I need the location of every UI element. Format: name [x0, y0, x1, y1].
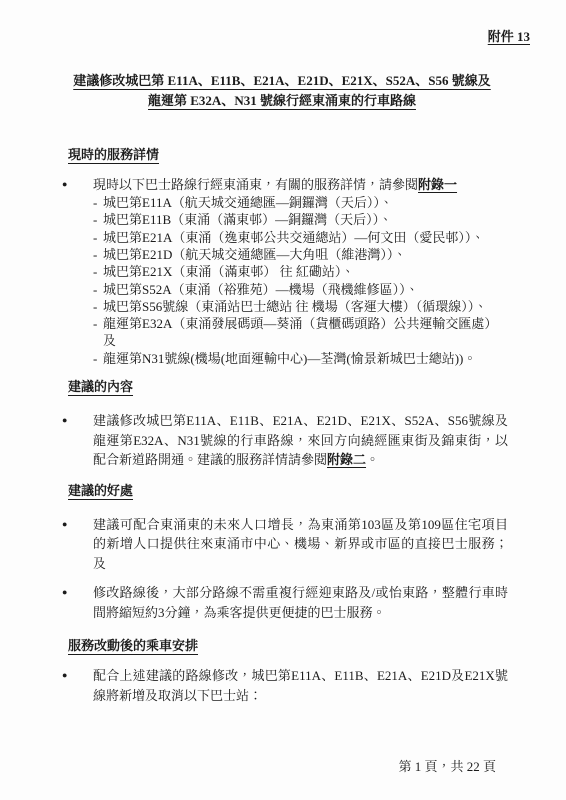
section-heading-current-service: 現時的服務詳情 [68, 145, 508, 164]
bullet-item: ● 建議可配合東涌東的未來人口增長，為東涌第103區及第109區住宅項目的新增人… [62, 515, 508, 573]
route-text: 龍運第E32A（東涌發展碼頭—葵涌（貨櫃碼頭路）公共運輸交匯處） [103, 315, 497, 332]
bullet-item: ● 現時以下巴士路線行經東涌東，有關的服務詳情，請參閱附錄一 [62, 175, 508, 194]
dash-marker [93, 332, 103, 349]
bullet-marker: ● [62, 583, 93, 622]
bullet-item: ● 配合上述建議的路線修改，城巴第E11A、E11B、E21A、E21D及E21… [62, 666, 508, 705]
bullet-marker: ● [62, 666, 93, 705]
dash-marker: - [93, 350, 103, 367]
proposal-text: 建議修改城巴第E11A、E11B、E21A、E21D、E21X、S52A、S56… [93, 413, 508, 467]
dash-marker: - [93, 194, 103, 211]
route-text: 城巴第E21X（東涌（滿東邨） 往 紅磡站）、 [103, 263, 354, 280]
proposal-text-suffix: 。 [366, 452, 379, 467]
page-number: 第 1 頁，共 22 頁 [398, 757, 496, 776]
route-text: 龍運第N31號線(機場(地面運輸中心)—荃灣(愉景新城巴士總站))。 [103, 350, 476, 367]
route-text: 城巴第E21A（東涌（逸東邨公共交通總站）—何文田（愛民邨））、 [103, 229, 484, 246]
appendix-ref-1: 附錄一 [418, 177, 457, 192]
route-text: 城巴第E11B（東涌（滿東邨）—銅鑼灣（天后））、 [103, 211, 392, 228]
route-item: - 城巴第S52A（東涌（裕雅苑）—機場（飛機維修區））、 [93, 281, 508, 298]
route-item: - 城巴第E21X（東涌（滿東邨） 往 紅磡站）、 [93, 263, 508, 280]
bullet-marker: ● [62, 515, 93, 573]
route-text: 城巴第E21D（航天城交通總匯—大角咀（維港灣））、 [103, 246, 406, 263]
route-item: - 城巴第E11B（東涌（滿東邨）—銅鑼灣（天后））、 [93, 211, 508, 228]
route-item: - 城巴第E21D（航天城交通總匯—大角咀（維港灣））、 [93, 246, 508, 263]
appendix-label-row: 附件 13 [68, 27, 530, 46]
route-text: 及 [103, 332, 116, 349]
section-heading-arrangements: 服務改動後的乘車安排 [68, 636, 508, 655]
dash-marker: - [93, 281, 103, 298]
dash-marker: - [93, 229, 103, 246]
dash-marker: - [93, 263, 103, 280]
document-title: 建議修改城巴第 E11A、E11B、E21A、E21D、E21X、S52A、S5… [56, 71, 508, 110]
bullet-item: ● 修改路線後，大部分路線不需重複行經迎東路及/或怡東路，整體行車時間將縮短約3… [62, 583, 508, 622]
bullet-item: ● 建議修改城巴第E11A、E11B、E21A、E21D、E21X、S52A、S… [62, 411, 508, 469]
route-item: - 龍運第E32A（東涌發展碼頭—葵涌（貨櫃碼頭路）公共運輸交匯處） [93, 315, 508, 332]
title-line-2: 龍運第 E32A、N31 號線行經東涌東的行車路線 [56, 91, 508, 110]
bullet-text: 修改路線後，大部分路線不需重複行經迎東路及/或怡東路，整體行車時間將縮短約3分鐘… [93, 583, 508, 622]
route-item: - 城巴第E11A（航天城交通總匯—銅鑼灣（天后））、 [93, 194, 508, 211]
bullet-text: 現時以下巴士路線行經東涌東，有關的服務詳情，請參閱附錄一 [93, 175, 508, 194]
dash-marker: - [93, 298, 103, 315]
bullet-marker: ● [62, 411, 93, 469]
intro-text: 現時以下巴士路線行經東涌東，有關的服務詳情，請參閱 [93, 177, 418, 192]
appendix-label: 附件 13 [488, 29, 530, 44]
dash-marker: - [93, 315, 103, 332]
section-heading-benefits: 建議的好處 [68, 481, 508, 500]
route-list: - 城巴第E11A（航天城交通總匯—銅鑼灣（天后））、 - 城巴第E11B（東涌… [68, 194, 508, 367]
bullet-text: 建議修改城巴第E11A、E11B、E21A、E21D、E21X、S52A、S56… [93, 411, 508, 469]
bullet-marker: ● [62, 175, 93, 194]
route-item-continuation: 及 [93, 332, 508, 349]
route-item: - 城巴第E21A（東涌（逸東邨公共交通總站）—何文田（愛民邨））、 [93, 229, 508, 246]
dash-marker: - [93, 211, 103, 228]
dash-marker: - [93, 246, 103, 263]
route-item: - 城巴第S56號線（東涌站巴士總站 往 機場（客運大樓）（循環線））、 [93, 298, 508, 315]
route-text: 城巴第S52A（東涌（裕雅苑）—機場（飛機維修區））、 [103, 281, 419, 298]
bullet-text: 建議可配合東涌東的未來人口增長，為東涌第103區及第109區住宅項目的新增人口提… [93, 515, 508, 573]
route-item: - 龍運第N31號線(機場(地面運輸中心)—荃灣(愉景新城巴士總站))。 [93, 350, 508, 367]
title-line-1: 建議修改城巴第 E11A、E11B、E21A、E21D、E21X、S52A、S5… [56, 71, 508, 90]
route-text: 城巴第E11A（航天城交通總匯—銅鑼灣（天后））、 [103, 194, 393, 211]
route-text: 城巴第S56號線（東涌站巴士總站 往 機場（客運大樓）（循環線））、 [103, 298, 487, 315]
bullet-text: 配合上述建議的路線修改，城巴第E11A、E11B、E21A、E21D及E21X號… [93, 666, 508, 705]
section-heading-proposal: 建議的內容 [68, 377, 508, 396]
appendix-ref-2: 附錄二 [327, 452, 366, 467]
document-page: 附件 13 建議修改城巴第 E11A、E11B、E21A、E21D、E21X、S… [0, 0, 566, 800]
